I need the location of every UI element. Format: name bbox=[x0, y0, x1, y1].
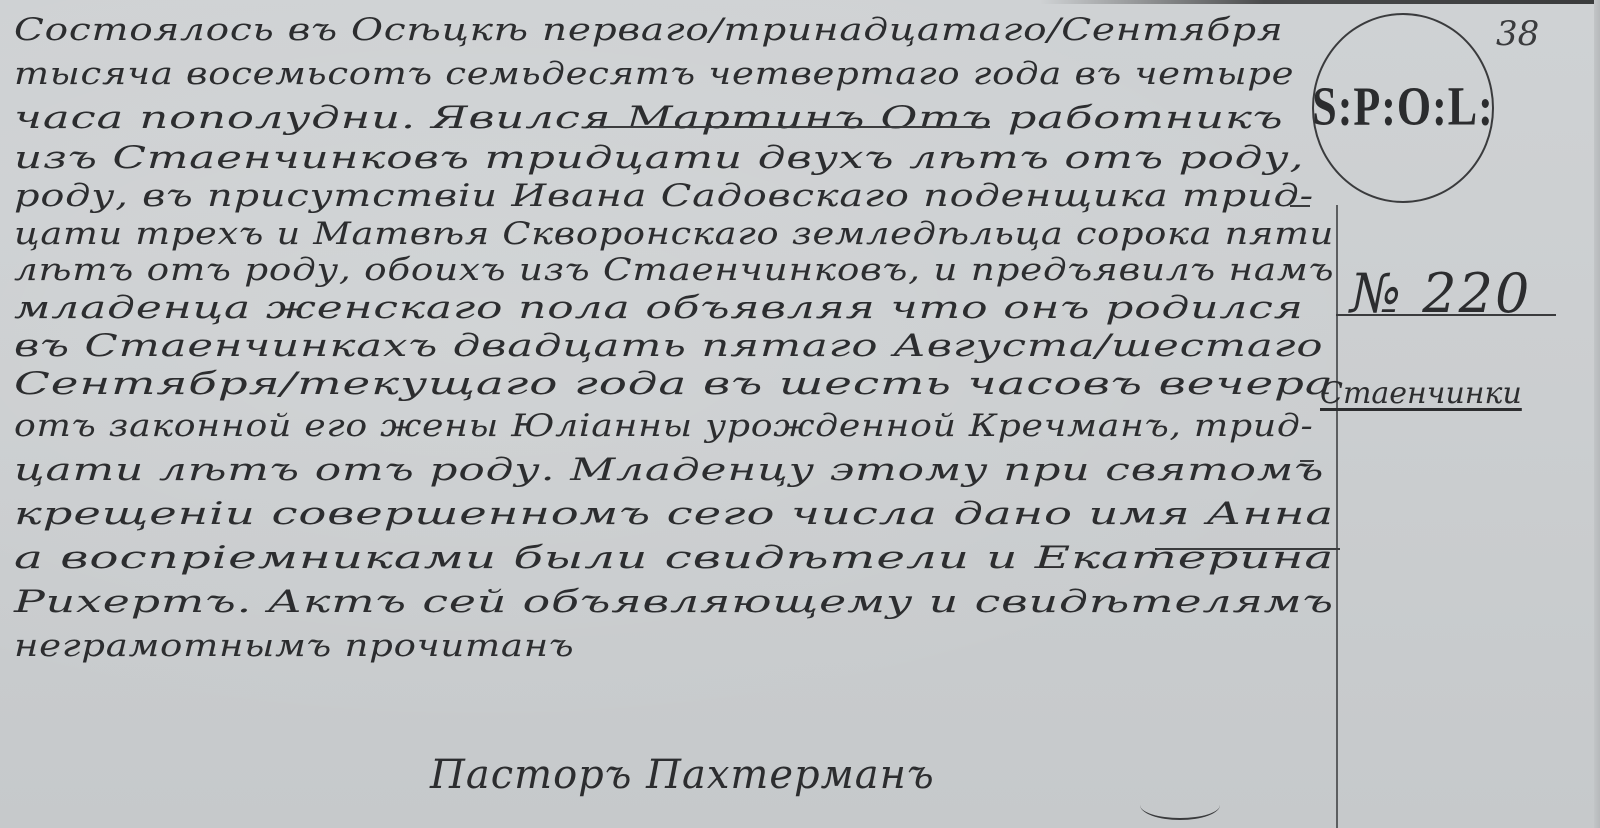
entry-line-2: тысяча восемьсотъ семьдесятъ четвертаго … bbox=[14, 56, 1294, 92]
margin-place-name: Стаенчинки bbox=[1320, 376, 1522, 411]
page-right-edge bbox=[1594, 0, 1600, 828]
page-top-edge-shadow bbox=[1040, 0, 1600, 4]
scanned-register-page: Состоялось въ Осѣцкѣ перваго/тринадцатаг… bbox=[0, 0, 1600, 828]
act-number-rule bbox=[1336, 314, 1556, 316]
father-name-underline bbox=[590, 126, 990, 128]
entry-line-14: а воспріемниками были свидѣтели и Екатер… bbox=[14, 540, 1334, 576]
folio-number: 38 bbox=[1496, 14, 1539, 54]
act-number: № 220 bbox=[1350, 262, 1531, 325]
entry-line-10: Сентября/текущаго года въ шесть часовъ в… bbox=[14, 366, 1334, 402]
entry-line-12: цати лѣтъ отъ роду. Младенцу этому при с… bbox=[14, 452, 1324, 488]
entry-line-11: отъ законной его жены Юліанны урожденной… bbox=[14, 408, 1314, 444]
child-name-underline bbox=[1155, 548, 1340, 550]
entry-line-3: часа пополудни. Явился Мартинъ Отъ работ… bbox=[14, 100, 1284, 136]
hyphen-mark bbox=[1290, 205, 1310, 207]
entry-line-16: неграмотнымъ прочитанъ bbox=[14, 628, 574, 664]
stamp-text: S:P:O:L: bbox=[1312, 74, 1494, 138]
entry-line-13: крещеніи совершенномъ сего числа дано им… bbox=[14, 496, 1334, 532]
signature-flourish bbox=[1140, 790, 1220, 820]
parish-seal-stamp: S:P:O:L: bbox=[1312, 13, 1494, 203]
entry-line-9: въ Стаенчинкахъ двадцать пятаго Августа/… bbox=[14, 328, 1323, 364]
entry-line-1: Состоялось въ Осѣцкѣ перваго/тринадцатаг… bbox=[14, 12, 1283, 48]
hyphen-mark bbox=[1300, 460, 1314, 462]
entry-line-7: лѣтъ отъ роду, обоихъ изъ Стаенчинковъ, … bbox=[14, 252, 1334, 288]
margin-column-rule bbox=[1336, 205, 1338, 828]
entry-line-8: младенца женскаго пола объявляя что онъ … bbox=[14, 290, 1304, 326]
entry-line-15: Рихертъ. Актъ сей объявляющему и свидѣте… bbox=[14, 584, 1334, 620]
entry-line-6: цати трехъ и Матвѣя Скворонскаго земледѣ… bbox=[14, 216, 1334, 252]
entry-line-4: изъ Стаенчинковъ тридцати двухъ лѣтъ отъ… bbox=[14, 140, 1304, 176]
pastor-signature: Пасторъ Пахтерманъ bbox=[430, 752, 935, 798]
entry-line-5: роду, въ присутствіи Ивана Садовскаго по… bbox=[14, 178, 1314, 214]
